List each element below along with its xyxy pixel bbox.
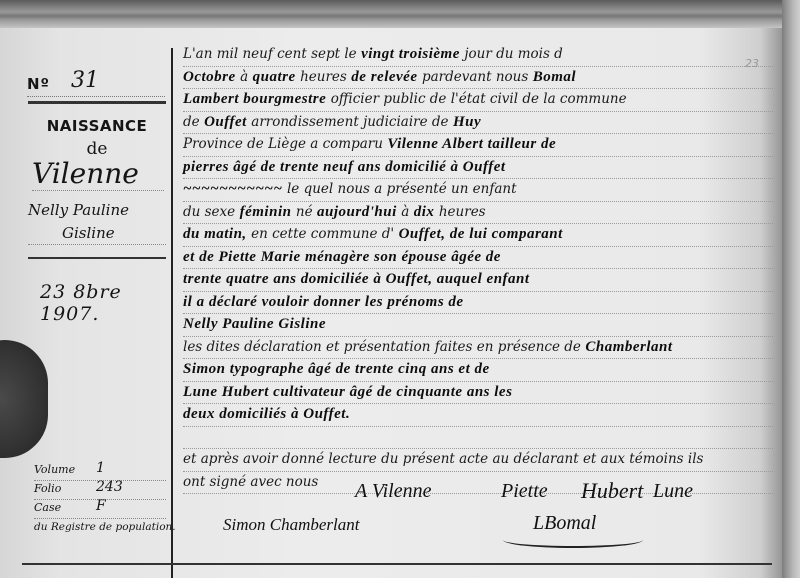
printed-text: heures <box>439 204 486 220</box>
volume-label: Volume <box>34 463 75 476</box>
printed-text: né <box>296 204 313 220</box>
printed-text: en cette commune d' <box>251 226 394 242</box>
record-type-de: de <box>27 139 167 159</box>
handwritten-text: trente quatre ans domiciliée à Ouffet, a… <box>183 271 530 287</box>
case-label: Case <box>34 501 61 514</box>
volume-value: 1 <box>96 460 105 476</box>
signature-flourish <box>503 532 643 548</box>
population-register-block: Volume 1 Folio 243 Case F du Registre de… <box>34 463 166 533</box>
record-line: et après avoir donné lecture du présent … <box>183 449 773 472</box>
case-value: F <box>96 498 106 514</box>
printed-text: heures <box>300 69 347 85</box>
handwritten-text: Nelly Pauline Gisline <box>183 316 326 332</box>
handwritten-text: deux domiciliés à Ouffet. <box>183 406 350 422</box>
record-line: Simon typographe âgé de trente cinq ans … <box>183 359 773 382</box>
handwritten-text: dix <box>414 204 435 220</box>
handwritten-text: du matin, <box>183 226 247 242</box>
divider-rule <box>28 257 166 259</box>
page-gutter-edge <box>782 0 800 578</box>
record-line: de Ouffet arrondissement judiciaire de H… <box>183 112 773 135</box>
handwritten-text: Huy <box>453 114 481 130</box>
printed-text: à <box>401 204 409 220</box>
folio-label: Folio <box>34 482 61 495</box>
record-line: les dites déclaration et présentation fa… <box>183 337 773 360</box>
printed-text: de <box>183 114 200 130</box>
printed-text: pardevant nous <box>422 69 528 85</box>
signature-simon-chamberlant: Simon Chamberlant <box>223 515 359 535</box>
handwritten-text: Octobre <box>183 69 236 85</box>
printed-text: Province de Liège a comparu <box>183 136 383 152</box>
register-footer: du Registre de population. <box>34 521 166 533</box>
record-line: Lambert bourgmestre officier public de l… <box>183 89 773 112</box>
printed-text: et après avoir donné lecture du présent … <box>183 451 703 467</box>
printed-text: le quel nous a présenté un enfant <box>287 181 517 197</box>
record-line: pierres âgé de trente neuf ans domicilié… <box>183 157 773 180</box>
printed-text: du sexe <box>183 204 235 220</box>
divider-rule <box>28 101 166 104</box>
record-line: et de Piette Marie ménagère son épouse â… <box>183 247 773 270</box>
handwritten-text: et de Piette Marie ménagère son épouse â… <box>183 249 501 265</box>
margin-vertical-rule <box>171 48 173 578</box>
record-line <box>183 427 773 450</box>
handwritten-text: de relevée <box>351 69 417 85</box>
register-case: Case F <box>34 501 166 519</box>
handwritten-text: Lune Hubert cultivateur âgé de cinquante… <box>183 384 512 400</box>
printed-text: à <box>240 69 248 85</box>
child-given-names-1: Nelly Pauline <box>28 200 166 220</box>
handwritten-text: Chamberlant <box>585 339 672 355</box>
record-line: il a déclaré vouloir donner les prénoms … <box>183 292 773 315</box>
handwritten-text: il a déclaré vouloir donner les prénoms … <box>183 294 464 310</box>
handwritten-text: féminin <box>240 204 292 220</box>
handwritten-text: Ouffet, de lui comparant <box>399 226 563 242</box>
printed-text: arrondissement judiciaire de <box>251 114 448 130</box>
signature-piette: Piette <box>501 480 548 503</box>
handwritten-text: Vilenne Albert tailleur de <box>387 136 556 152</box>
printed-text: L'an mil neuf cent sept le <box>183 46 357 62</box>
entry-number-value: 31 <box>71 68 99 93</box>
record-line: Province de Liège a comparu Vilenne Albe… <box>183 134 773 157</box>
signature-lune: Lune <box>653 480 693 503</box>
record-line: Lune Hubert cultivateur âgé de cinquante… <box>183 382 773 405</box>
handwritten-text: Simon typographe âgé de trente cinq ans … <box>183 361 490 377</box>
printed-text: jour du mois d <box>464 46 563 62</box>
handwritten-text: ~~~~~~~~~~~ <box>183 181 283 197</box>
handwritten-text: Ouffet <box>204 114 247 130</box>
record-line: du matin, en cette commune d' Ouffet, de… <box>183 224 773 247</box>
handwritten-text: aujourd'hui <box>317 204 397 220</box>
signature-hubert: Hubert <box>581 478 643 504</box>
record-line: deux domiciliés à Ouffet. <box>183 404 773 427</box>
record-line: Octobre à quatre heures de relevée parde… <box>183 67 773 90</box>
register-page: Nº 31 NAISSANCE de Vilenne Nelly Pauline… <box>0 0 800 578</box>
entry-number-row: Nº 31 <box>27 74 165 97</box>
signatures-area: A Vilenne Piette Hubert Lune Simon Chamb… <box>183 480 773 560</box>
entry-number-label: Nº <box>27 75 50 93</box>
child-given-names-2: Gisline <box>28 222 166 245</box>
handwritten-text: quatre <box>253 69 296 85</box>
record-line: L'an mil neuf cent sept le vingt troisiè… <box>183 44 773 67</box>
record-line: Nelly Pauline Gisline <box>183 314 773 337</box>
record-line: trente quatre ans domiciliée à Ouffet, a… <box>183 269 773 292</box>
handwritten-text: Bomal <box>533 69 576 85</box>
record-type-heading: NAISSANCE <box>27 117 167 135</box>
entry-bottom-rule <box>22 563 772 565</box>
record-line: ~~~~~~~~~~~ le quel nous a présenté un e… <box>183 179 773 202</box>
handwritten-text: Lambert bourgmestre <box>183 91 326 107</box>
handwritten-text: pierres âgé de trente neuf ans domicilié… <box>183 159 506 175</box>
printed-text: les dites déclaration et présentation fa… <box>183 339 581 355</box>
record-line: du sexe féminin né aujourd'hui à dix heu… <box>183 202 773 225</box>
folio-value: 243 <box>96 479 123 495</box>
printed-text: officier public de l'état civil de la co… <box>331 91 627 107</box>
signature-declarant: A Vilenne <box>355 480 431 503</box>
left-margin-column: Nº 31 NAISSANCE de Vilenne Nelly Pauline… <box>0 0 171 578</box>
child-surname: Vilenne <box>32 158 164 191</box>
record-body-text: L'an mil neuf cent sept le vingt troisiè… <box>183 44 773 494</box>
handwritten-text: vingt troisième <box>361 46 460 62</box>
entry-date: 23 8bre 1907. <box>40 281 171 325</box>
